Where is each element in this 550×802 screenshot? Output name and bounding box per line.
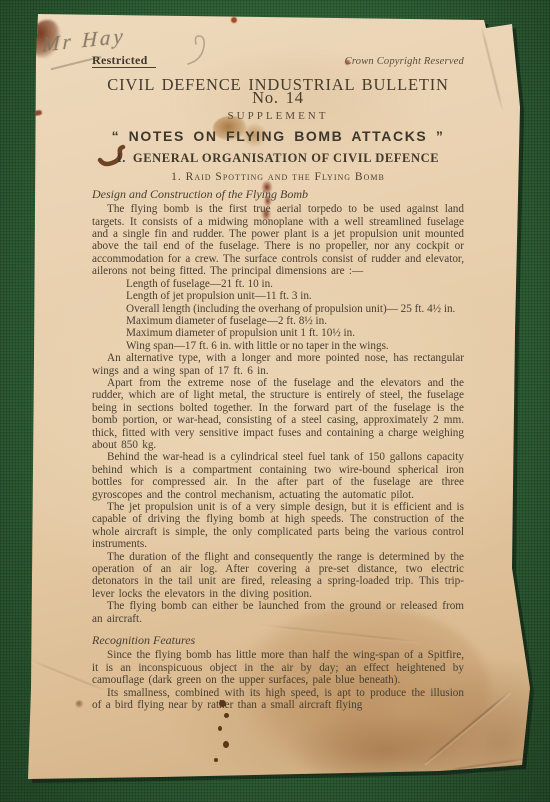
crease-top-right [480,25,504,113]
paragraph: Behind the war-head is a cylindrical ste… [92,451,464,501]
paragraph: The flying bomb can either be launched f… [92,600,464,625]
dimension-item: Length of jet propulsion unit—11 ft. 3 i… [126,290,464,302]
page-content: Restricted Crown Copyright Reserved CIVI… [92,54,464,712]
dimensions-list: Length of fuselage—21 ft. 10 in. Length … [92,278,464,352]
supplement-label: SUPPLEMENT [92,110,464,122]
paragraph: The jet propulsion unit is of a very sim… [92,501,464,551]
bulletin-title: CIVIL DEFENCE INDUSTRIAL BULLETIN No. 14 [92,79,464,104]
photo-of-document: Mr Hay Restricted Crown Copyright Reserv… [0,0,550,802]
header-row: Restricted Crown Copyright Reserved [92,54,464,68]
paragraph: The duration of the flight and consequen… [92,551,464,601]
document-title: “ NOTES ON FLYING BOMB ATTACKS ” [92,130,464,142]
design-construction-heading: Design and Construction of the Flying Bo… [92,188,464,200]
paragraph-intro: The flying bomb is the first true aerial… [92,203,464,277]
classification-stamp: Restricted [92,54,156,68]
document-page: Mr Hay Restricted Crown Copyright Reserv… [20,12,532,784]
recognition-features-heading: Recognition Features [92,634,464,646]
stain-speck-top [231,17,237,23]
dimension-item: Maximum diameter of fuselage—2 ft. 8½ in… [126,315,464,327]
paragraph: Apart from the extreme nose of the fusel… [92,377,464,451]
ink-dot [224,713,229,718]
dimension-item: Wing span—17 ft. 6 in. with little or no… [126,340,464,352]
dimension-item: Length of fuselage—21 ft. 10 in. [126,278,464,290]
section-heading: I. GENERAL ORGANISATION OF CIVIL DEFENCE [92,152,464,164]
dimension-item: Overall length (including the overhang o… [92,303,464,315]
ink-dot [214,758,218,762]
paragraph: An alternative type, with a longer and m… [92,352,464,377]
dimension-item: Maximum diameter of propulsion unit 1 ft… [126,327,464,339]
ink-dot [223,741,229,748]
ink-dot [218,726,222,731]
copyright-notice: Crown Copyright Reserved [345,56,464,68]
paragraph: Since the flying bomb has little more th… [92,649,464,686]
paragraph: Its smallness, combined with its high sp… [92,687,464,712]
stain-dot-left [75,700,84,708]
subsection-heading: 1. Raid Spotting and the Flying Bomb [92,171,464,183]
